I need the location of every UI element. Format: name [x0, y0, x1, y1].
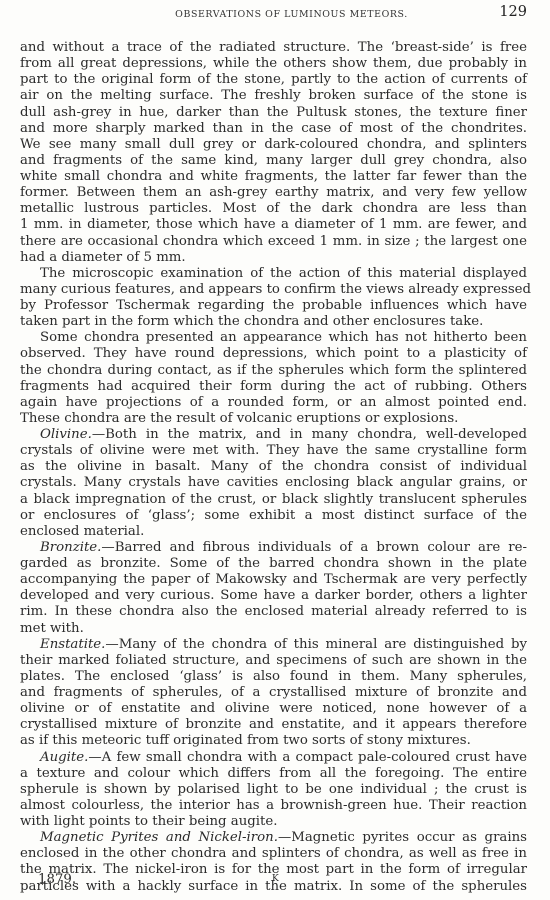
page-header: OBSERVATIONS OF LUMINOUS METEORS. 129: [20, 4, 527, 22]
section-label-augite: Augite.: [40, 750, 88, 765]
section-label-magnetic-pyrites: Magnetic Pyrites and Nickel-iron.: [40, 830, 278, 845]
text-segment: —Magnetic pyrites occur as grains: [278, 830, 527, 845]
text-line: part to the original form of the stone, …: [20, 72, 527, 88]
paragraph-olivine: Olivine.—Both in the matrix, and in many…: [20, 427, 527, 443]
text-line: and fragments of the same kind, many lar…: [20, 153, 527, 169]
text-line: a black impregnation of the crust, or bl…: [20, 492, 527, 508]
text-line: dull ash-grey in hue, darker than the Pu…: [20, 105, 527, 121]
text-line: from all great depressions, while the ot…: [20, 56, 527, 72]
page-footer: 1879. K: [20, 872, 527, 890]
text-line: air on the melting surface. The freshly …: [20, 88, 527, 104]
text-line: white small chondra and white fragments,…: [20, 169, 527, 185]
signature-mark: K: [272, 874, 279, 884]
text-line: their marked foliated structure, and spe…: [20, 653, 527, 669]
paragraph-bronzite: Bronzite.—Barred and fibrous individuals…: [20, 540, 527, 556]
text-line: garded as bronzite. Some of the barred c…: [20, 556, 527, 572]
text-line: metallic lustrous particles. Most of the…: [20, 201, 527, 217]
text-line: olivine or of enstatite and olivine were…: [20, 701, 527, 717]
text-line: spherule is shown by polarised light to …: [20, 782, 527, 798]
text-line: and more sharply marked than in the case…: [20, 121, 527, 137]
text-line: there are occasional chondra which excee…: [20, 234, 527, 250]
paragraph-augite: Augite.—A few small chondra with a compa…: [20, 750, 527, 766]
text-segment: —Many of the chondra of this mineral are…: [105, 637, 527, 652]
text-line: as the olivine in basalt. Many of the ch…: [20, 459, 527, 475]
text-line: had a diameter of 5 mm.: [20, 250, 527, 266]
text-line: taken part in the form which the chondra…: [20, 314, 527, 330]
text-line: rim. In these chondra also the enclosed …: [20, 604, 527, 620]
text-line: a texture and colour which differs from …: [20, 766, 527, 782]
text-line: crystals. Many crystals have cavities en…: [20, 475, 527, 491]
footer-year: 1879.: [38, 872, 76, 887]
text-line: as if this meteoric tuff originated from…: [20, 733, 527, 749]
text-line: 1 mm. in diameter, those which have a di…: [20, 217, 527, 233]
text-line: enclosed material.: [20, 524, 527, 540]
text-line: again have projections of a rounded form…: [20, 395, 527, 411]
text-line: with light points to their being augite.: [20, 814, 527, 830]
text-line: These chondra are the result of volcanic…: [20, 411, 527, 427]
text-line: accompanying the paper of Makowsky and T…: [20, 572, 527, 588]
paragraph-magnetic-pyrites: Magnetic Pyrites and Nickel-iron.—Magnet…: [20, 830, 527, 846]
text-line: almost colourless, the interior has a br…: [20, 798, 527, 814]
page-number: 129: [499, 4, 527, 20]
text-line: met with.: [20, 621, 527, 637]
running-title: OBSERVATIONS OF LUMINOUS METEORS.: [20, 9, 527, 20]
text-line: by Professor Tschermak regarding the pro…: [20, 298, 527, 314]
paragraph-start: The microscopic examination of the actio…: [20, 266, 527, 282]
section-label-bronzite: Bronzite.: [40, 540, 101, 555]
text-line: the chondra during contact, as if the sp…: [20, 363, 527, 379]
text-segment: —Barred and fibrous individuals of a bro…: [101, 540, 527, 555]
text-line: enclosed in the other chondra and splint…: [20, 846, 527, 862]
text-line: former. Between them an ash-grey earthy …: [20, 185, 527, 201]
text-line: many curious features, and appears to co…: [20, 282, 527, 298]
paragraph-enstatite: Enstatite.—Many of the chondra of this m…: [20, 637, 527, 653]
text-line: We see many small dull grey or dark-colo…: [20, 137, 527, 153]
body-text: and without a trace of the radiated stru…: [20, 40, 527, 895]
text-line: and fragments of spherules, of a crystal…: [20, 685, 527, 701]
section-label-olivine: Olivine.: [40, 427, 92, 442]
paragraph-start: Some chondra presented an appearance whi…: [20, 330, 527, 346]
text-line: developed and very curious. Some have a …: [20, 588, 527, 604]
text-segment: —Both in the matrix, and in many chondra…: [92, 427, 527, 442]
text-segment: —A few small chondra with a compact pale…: [88, 750, 527, 765]
text-line: plates. The enclosed ‘glass’ is also fou…: [20, 669, 527, 685]
text-line: and without a trace of the radiated stru…: [20, 40, 527, 56]
text-line: crystals of olivine were met with. They …: [20, 443, 527, 459]
text-line: crystallised mixture of bronzite and ens…: [20, 717, 527, 733]
text-line: fragments had acquired their form during…: [20, 379, 527, 395]
text-line: observed. They have round depressions, w…: [20, 346, 527, 362]
section-label-enstatite: Enstatite.: [40, 637, 105, 652]
text-line: or enclosures of ‘glass’; some exhibit a…: [20, 508, 527, 524]
